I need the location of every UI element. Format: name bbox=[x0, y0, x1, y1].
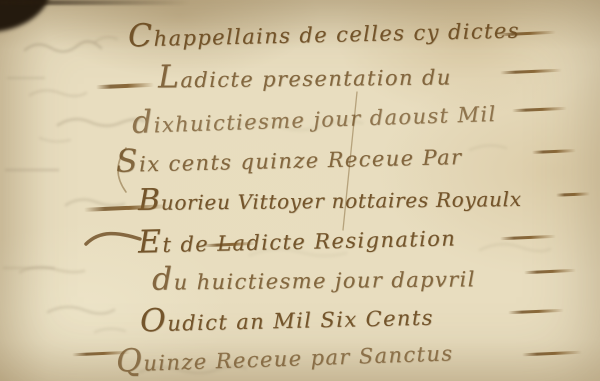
manuscript-line-text: Ladicte presentation du bbox=[158, 56, 452, 95]
manuscript-line: Buorieu Vittoyer nottaires Royaulx bbox=[138, 179, 522, 218]
manuscript-line-text: Et de Ladicte Resignation bbox=[138, 217, 457, 260]
manuscript-line: Et de Ladicte Resignation bbox=[138, 217, 457, 260]
manuscript-line-text: Oudict an Mil Six Cents bbox=[140, 297, 435, 340]
manuscript-line-text: Buorieu Vittoyer nottaires Royaulx bbox=[138, 179, 522, 218]
manuscript-photo: Chappellains de celles cy dictes Ladicte… bbox=[0, 0, 600, 381]
manuscript-line: Ladicte presentation du bbox=[158, 56, 452, 95]
manuscript-line: Oudict an Mil Six Cents bbox=[140, 297, 435, 340]
manuscript-line: du huictiesme jour dapvril bbox=[152, 258, 476, 297]
page-edge-shadow bbox=[0, 0, 190, 5]
manuscript-line-text: du huictiesme jour dapvril bbox=[152, 258, 476, 297]
